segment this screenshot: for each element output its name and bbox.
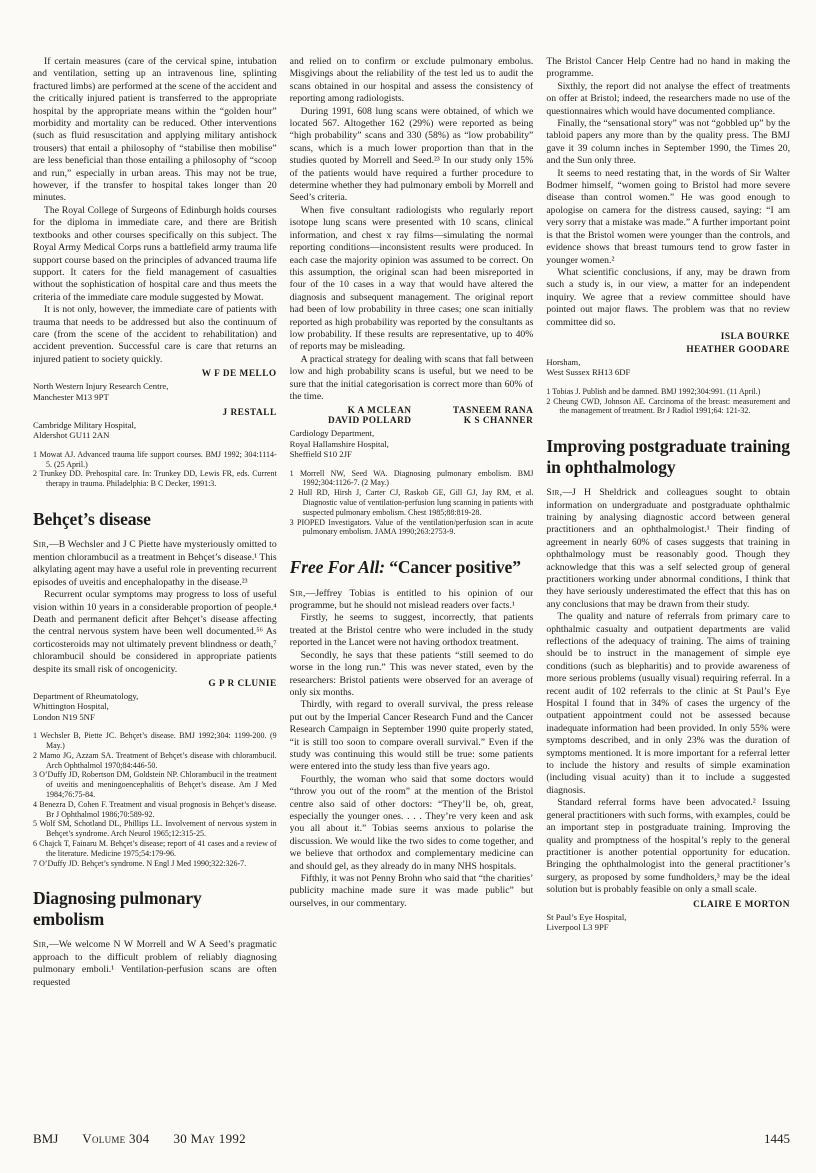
reference-item: 6 Chajck T, Fainaru M. Behçet’s disease;… [33, 839, 277, 859]
reference-item: 1 Morrell NW, Seed WA. Diagnosing pulmon… [290, 469, 534, 489]
letter-pulmonary-embolism-continued: and relied on to confirm or exclude pulm… [290, 56, 534, 537]
reference-item: 2 Cheung CWD, Johnson AE. Carcinoma of t… [546, 397, 790, 417]
paragraph: Thirdly, with regard to overall survival… [290, 699, 534, 773]
reference-item: 1 Mowat AJ. Advanced trauma life support… [33, 450, 277, 470]
paragraph: It is not only, however, the immediate c… [33, 304, 277, 366]
paragraph: Standard referral forms have been advoca… [546, 797, 790, 896]
address-line: St Paul’s Eye Hospital, [546, 912, 790, 922]
journal-page: If certain measures (care of the cervica… [0, 0, 816, 1173]
letter-behcets-disease: Behçet’s disease Sir,—B Wechsler and J C… [33, 509, 277, 868]
page-footer: BMJ Volume 304 30 May 1992 1445 [33, 1131, 790, 1147]
reference-item: 1 Wechsler B, Piette JC. Behçet’s diseas… [33, 731, 277, 751]
opening-text: —Jeffrey Tobias is entitled to his opini… [290, 588, 534, 611]
address-line: Whittington Hospital, [33, 701, 277, 711]
opening-text: —J H Sheldrick and colleagues sought to … [546, 487, 790, 610]
letter-opening: Sir,—B Wechsler and J C Piette have myst… [33, 539, 277, 589]
reference-item: 2 Hull RD, Hirsh J, Carter CJ, Raskob GE… [290, 488, 534, 517]
page-number: 1445 [764, 1131, 790, 1147]
paragraph: The Royal College of Surgeons of Edinbur… [33, 205, 277, 304]
letter-ophthalmology-training: Improving postgraduate training in ophth… [546, 436, 790, 932]
letter-opening: Sir,—Jeffrey Tobias is entitled to his o… [290, 588, 534, 613]
paragraph: When five consultant radiologists who re… [290, 205, 534, 354]
address-line: Horsham, [546, 357, 790, 367]
section-title-rest: “Cancer positive” [385, 557, 521, 577]
reference-list: 1 Morrell NW, Seed WA. Diagnosing pulmon… [290, 469, 534, 538]
signature-name: TASNEEM RANA [412, 406, 534, 416]
letter-cancer-positive: Free For All: “Cancer positive” Sir,—Jef… [290, 557, 534, 910]
paragraph: Sixthly, the report did not analyse the … [546, 81, 790, 118]
paragraph: Firstly, he seems to suggest, incorrectl… [290, 612, 534, 649]
paragraph: What scientific conclusions, if any, may… [546, 267, 790, 329]
section-title-behcets-disease: Behçet’s disease [33, 509, 277, 530]
column-2: and relied on to confirm or exclude pulm… [290, 56, 534, 1106]
column-1: If certain measures (care of the cervica… [33, 56, 277, 1106]
reference-item: 2 Trunkey DD. Prehospital care. In: Trun… [33, 469, 277, 489]
reference-list: 1 Tobias J. Publish and be damned. BMJ 1… [546, 387, 790, 416]
letter-opening: Sir,—We welcome N W Morrell and W A Seed… [33, 939, 277, 989]
volume-label: Volume 304 [82, 1131, 149, 1147]
signature-name: ISLA BOURKE [546, 332, 790, 342]
address-block: Cambridge Military Hospital, Aldershot G… [33, 420, 277, 441]
signature-name: HEATHER GOODARE [546, 345, 790, 355]
paragraph: Finally, the “sensational story” was not… [546, 118, 790, 168]
paragraph: The Bristol Cancer Help Centre had no ha… [546, 56, 790, 81]
paragraph: and relied on to confirm or exclude pulm… [290, 56, 534, 106]
salutation: Sir, [546, 487, 562, 498]
letter-opening: Sir,—J H Sheldrick and colleagues sought… [546, 487, 790, 611]
signature-name: K S CHANNER [412, 416, 534, 426]
paragraph: Secondly, he says that these patients “s… [290, 650, 534, 700]
signature-name: K A MCLEAN [290, 406, 412, 416]
section-title-pulmonary-embolism: Diagnosing pulmonary embolism [33, 888, 277, 929]
reference-item: 3 O’Duffy JD, Robertson DM, Goldstein NP… [33, 770, 277, 799]
paragraph: It seems to need restating that, in the … [546, 168, 790, 267]
letter-cancer-positive-continued: The Bristol Cancer Help Centre had no ha… [546, 56, 790, 416]
reference-list: 1 Mowat AJ. Advanced trauma life support… [33, 450, 277, 489]
paragraph: The quality and nature of referrals from… [546, 611, 790, 797]
signature-name: CLAIRE E MORTON [546, 900, 790, 910]
reference-item: 3 PIOPED Investigators. Value of the ven… [290, 518, 534, 538]
salutation: Sir, [33, 939, 49, 950]
address-line: Manchester M13 9PT [33, 392, 277, 402]
paragraph: Fifthly, it was not Penny Brohn who said… [290, 873, 534, 910]
section-title-cancer-positive: Free For All: “Cancer positive” [290, 557, 534, 578]
address-block: Horsham, West Sussex RH13 6DF [546, 357, 790, 378]
address-block: Cardiology Department, Royal Hallamshire… [290, 428, 534, 459]
address-line: Liverpool L3 9PF [546, 922, 790, 932]
footer-journal-info: BMJ Volume 304 30 May 1992 [33, 1131, 246, 1147]
signature-name: G P R CLUNIE [33, 679, 277, 689]
address-block: Department of Rheumatology, Whittington … [33, 691, 277, 722]
address-line: Department of Rheumatology, [33, 691, 277, 701]
paragraph: Recurrent ocular symptoms may progress t… [33, 589, 277, 676]
paragraph: Fourthly, the woman who said that some d… [290, 774, 534, 873]
section-title-ophthalmology-training: Improving postgraduate training in ophth… [546, 436, 790, 477]
address-line: North Western Injury Research Centre, [33, 381, 277, 391]
reference-item: 5 Wolf SM, Schotland DL, Phillips LL. In… [33, 819, 277, 839]
reference-list: 1 Wechsler B, Piette JC. Behçet’s diseas… [33, 731, 277, 868]
salutation: Sir, [290, 588, 306, 599]
signature-name: J RESTALL [33, 408, 277, 418]
address-line: Aldershot GU11 2AN [33, 430, 277, 440]
address-line: Cambridge Military Hospital, [33, 420, 277, 430]
address-block: St Paul’s Eye Hospital, Liverpool L3 9PF [546, 912, 790, 933]
signature-name: DAVID POLLARD [290, 416, 412, 426]
paragraph: During 1991, 608 lung scans were obtaine… [290, 106, 534, 205]
letter-trauma-care: If certain measures (care of the cervica… [33, 56, 277, 489]
address-line: Sheffield S10 2JF [290, 449, 534, 459]
signature-block: K A MCLEAN TASNEEM RANA DAVID POLLARD K … [290, 406, 534, 426]
salutation: Sir, [33, 539, 49, 550]
reference-item: 2 Mamo JG, Azzam SA. Treatment of Behçet… [33, 751, 277, 771]
issue-date: 30 May 1992 [173, 1131, 246, 1147]
section-title-lead: Free For All: [290, 557, 385, 577]
paragraph: If certain measures (care of the cervica… [33, 56, 277, 205]
letters-columns: If certain measures (care of the cervica… [33, 56, 790, 1106]
reference-item: 7 O’Duffy JD. Behçet’s syndrome. N Engl … [33, 859, 277, 869]
address-line: Cardiology Department, [290, 428, 534, 438]
signature-name: W F DE MELLO [33, 369, 277, 379]
address-line: London N19 5NF [33, 712, 277, 722]
column-3: The Bristol Cancer Help Centre had no ha… [546, 56, 790, 1106]
journal-name: BMJ [33, 1131, 58, 1147]
opening-text: —We welcome N W Morrell and W A Seed’s p… [33, 939, 277, 987]
paragraph: A practical strategy for dealing with sc… [290, 354, 534, 404]
reference-item: 4 Benezra D, Cohen F. Treatment and visu… [33, 800, 277, 820]
opening-text: —B Wechsler and J C Piette have mysterio… [33, 539, 277, 587]
letter-pulmonary-embolism-start: Diagnosing pulmonary embolism Sir,—We we… [33, 888, 277, 989]
address-block: North Western Injury Research Centre, Ma… [33, 381, 277, 402]
address-line: West Sussex RH13 6DF [546, 367, 790, 377]
address-line: Royal Hallamshire Hospital, [290, 439, 534, 449]
reference-item: 1 Tobias J. Publish and be damned. BMJ 1… [546, 387, 790, 397]
